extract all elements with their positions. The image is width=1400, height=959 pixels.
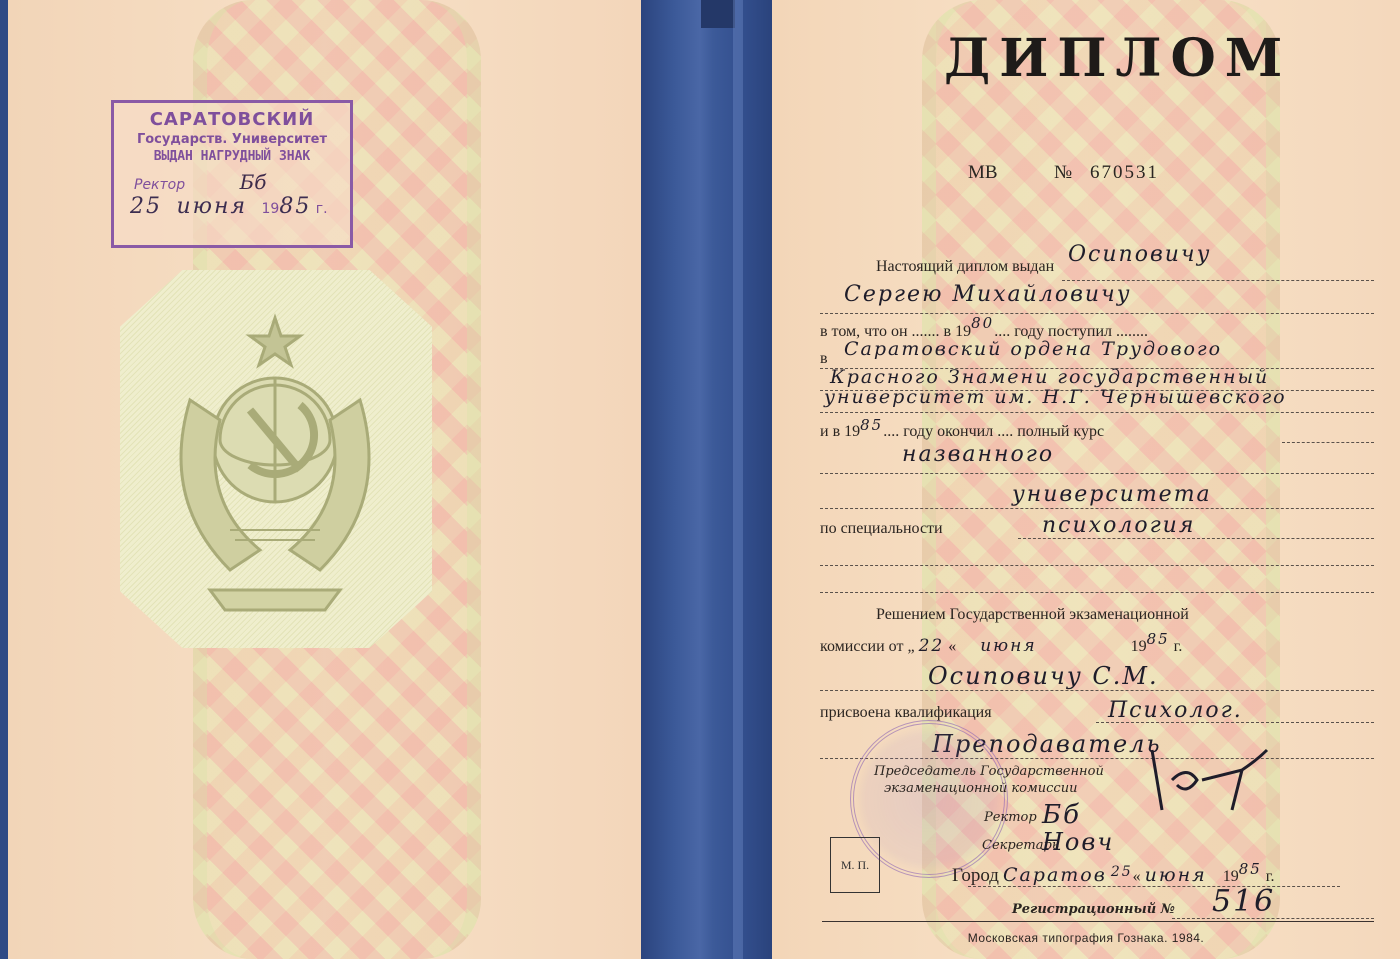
recipient-name: Сергею Михайловичу <box>844 282 1132 307</box>
diploma-right-page: ДИПЛОМ МВ № 670531 Настоящий диплом выда… <box>772 0 1400 959</box>
commission-line: комиссии от „ 22 « июня 1985 г. <box>820 636 1374 656</box>
stamp-line-2: Государств. Университет <box>114 132 350 147</box>
chairman-label-2: экзаменационной комиссии <box>884 781 1077 796</box>
city-label: Город <box>952 865 999 886</box>
diploma-number: 670531 <box>1090 162 1159 184</box>
institution-line-2: Красного Знамени государственный <box>830 366 1269 388</box>
recipient-short-name: Осиповичу С.М. <box>928 662 1159 690</box>
stamp-line-1: САРАТОВСКИЙ <box>114 109 350 130</box>
registration-number: 516 <box>1212 884 1275 919</box>
qualification-label: присвоена квалификация <box>820 704 1374 722</box>
number-sign: № <box>1054 162 1072 184</box>
cover-spine <box>641 0 772 959</box>
spine-fold <box>733 0 743 959</box>
course-line-1: названного <box>902 442 1054 467</box>
diploma-left-page: САРАТОВСКИЙ Государств. Университет ВЫДА… <box>8 0 641 959</box>
stamp-date-suffix: г. <box>316 201 328 217</box>
specialty-value: психология <box>1042 513 1195 538</box>
diploma-title: ДИПЛОМ <box>944 28 1291 89</box>
rector-label: Ректор <box>984 810 1037 825</box>
registration-label: Регистрационный № <box>1012 902 1175 917</box>
chairman-label-1: Председатель Государственной <box>874 764 1104 779</box>
stamp-date-month: июня <box>176 194 247 219</box>
diploma-series: МВ <box>968 162 998 184</box>
stamp-date-day: 25 <box>130 194 162 219</box>
commission-label: комиссии от <box>820 638 903 655</box>
qualification-line-1: Психолог. <box>1108 698 1243 723</box>
secretary-signature: Новч <box>1042 828 1114 856</box>
issue-year-prefix: 19 <box>1223 868 1239 885</box>
graduated-line: и в 1985.... году окончил .... полный ку… <box>820 422 1374 441</box>
institution-line-3: университет им. Н.Г. Чернышевского <box>824 386 1287 408</box>
bottom-rule <box>822 921 1374 922</box>
graduated-label: году окончил <box>903 423 993 440</box>
chairman-signature-icon <box>1132 740 1282 820</box>
cover-edge-left <box>0 0 8 959</box>
graduated-year: 85 <box>860 416 883 434</box>
spine-binding-strap <box>701 0 735 28</box>
issue-day: 25 <box>1111 864 1133 880</box>
full-course-label: полный курс <box>1017 423 1104 440</box>
rector-signature: Бб <box>1042 800 1081 830</box>
stamp-line-3: ВЫДАН НАГРУДНЫЙ ЗНАК <box>114 149 350 164</box>
enrolled-year: 80 <box>971 314 994 332</box>
city-date-line: Город Саратов 25« июня 1985 г. <box>952 864 1374 887</box>
university-badge-stamp: САРАТОВСКИЙ Государств. Университет ВЫДА… <box>111 100 353 248</box>
commission-year-suffix: г. <box>1174 638 1183 655</box>
state-emblem-panel <box>120 270 432 648</box>
recipient-surname: Осиповичу <box>1068 242 1211 267</box>
printer-imprint: Московская типография Гознака. 1984. <box>772 931 1400 945</box>
stamp-date-year-prefix: 19 <box>262 201 280 217</box>
course-line-2: университета <box>1012 482 1212 507</box>
commission-day: 22 <box>919 636 945 656</box>
city-value: Саратов <box>1003 864 1107 886</box>
decision-label: Решением Государственной экзаменационной <box>876 606 1374 624</box>
seal-place-box: М. П. <box>830 837 880 893</box>
commission-year: 85 <box>1147 630 1170 648</box>
commission-month: июня <box>980 636 1036 656</box>
graduated-prefix: и в 19 <box>820 423 860 440</box>
issue-year-suffix: г. <box>1266 868 1275 885</box>
stamp-rector-signature: Бб <box>240 170 267 194</box>
stamp-rector-label: Ректор <box>134 177 185 193</box>
commission-year-prefix: 19 <box>1131 638 1147 655</box>
stamp-date-year: 85 <box>279 194 311 219</box>
institution-line-1: Саратовский ордена Трудового <box>844 338 1222 360</box>
issue-year: 85 <box>1239 860 1262 878</box>
ussr-emblem-icon <box>150 300 400 620</box>
issue-month: июня <box>1145 864 1207 886</box>
